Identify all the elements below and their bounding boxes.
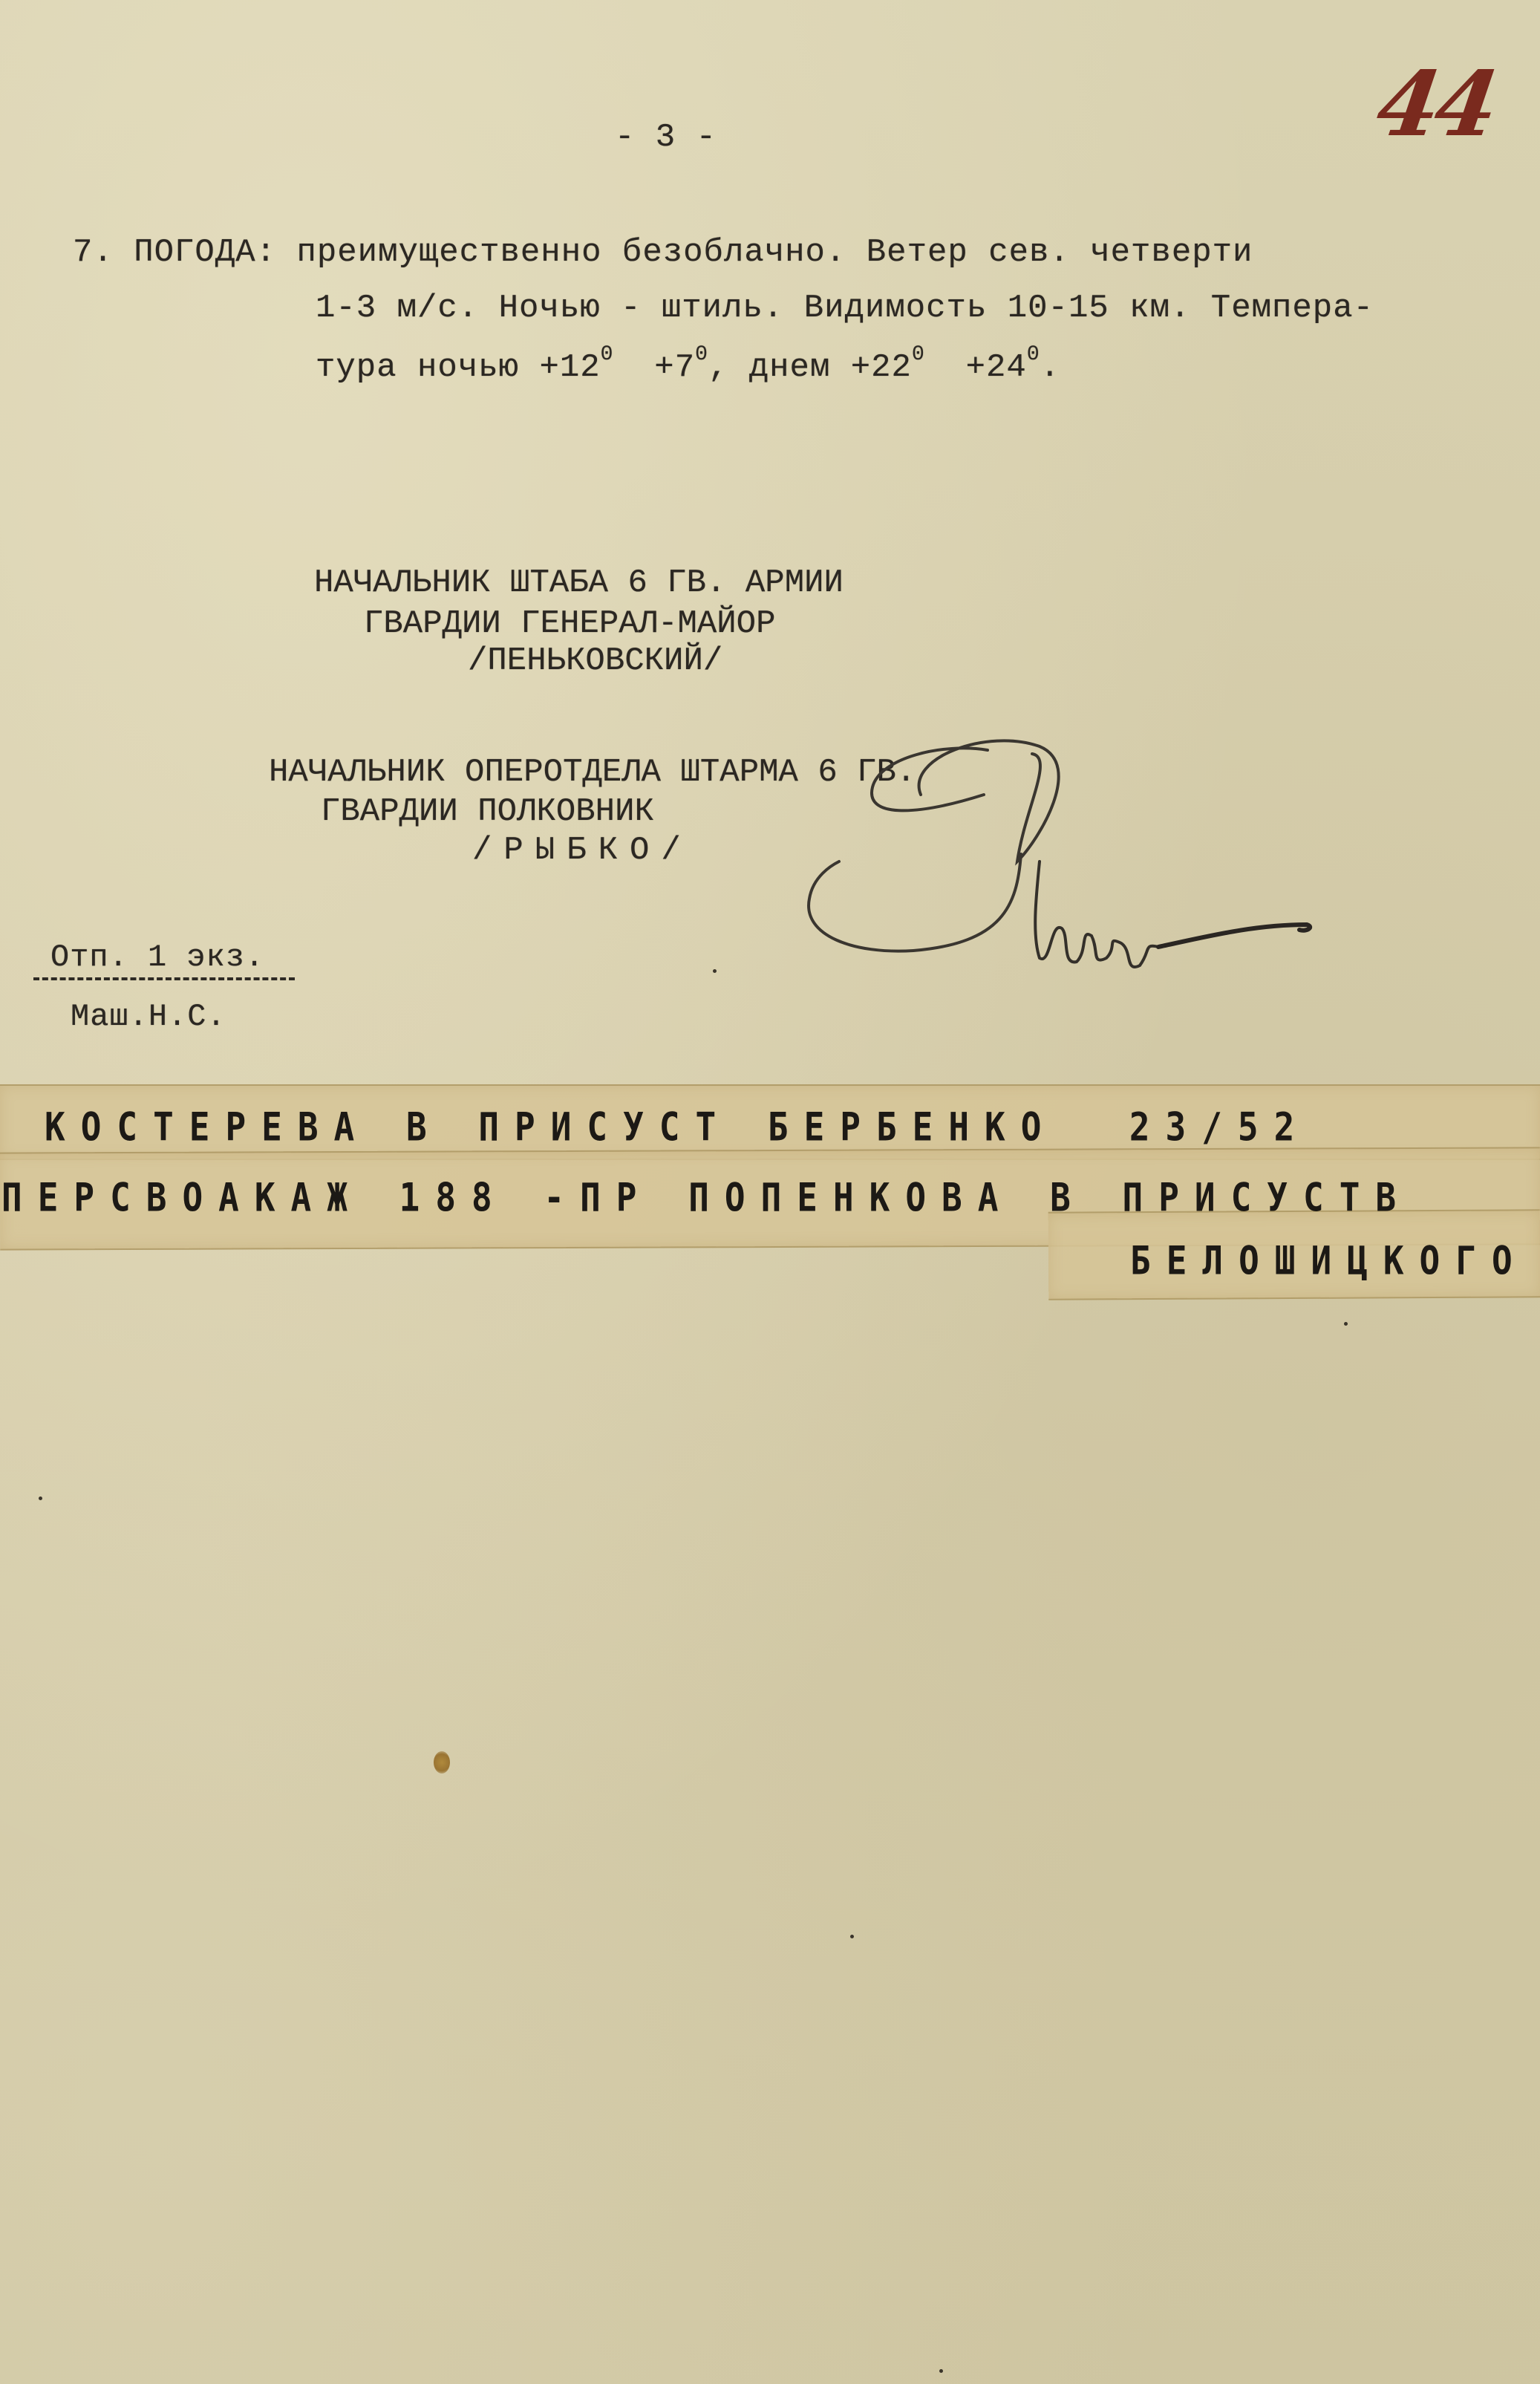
archive-sheet-number: 44 (1371, 52, 1501, 157)
page-number: - 3 - (615, 119, 717, 156)
typist-initials: Маш.Н.С. (71, 999, 226, 1035)
copy-note-underline (33, 977, 295, 980)
paper-speck (713, 969, 717, 973)
weather-night-high: +7 (613, 349, 695, 386)
telegraph-line-3: БЕЛОШИЦКОГО (1130, 1237, 1528, 1283)
degree-mark: 0 (601, 343, 614, 366)
paper-speck (939, 2369, 943, 2373)
degree-mark: 0 (1027, 343, 1040, 366)
telegraph-line-1: КОСТЕРЕВА В ПРИСУСТ БЕРБЕНКО 23/52 (45, 1104, 1310, 1150)
paper-speck (850, 1935, 854, 1938)
signatory-name: /ПЕНЬКОВСКИЙ/ (468, 642, 722, 680)
copy-count-note: Отп. 1 экз. (50, 939, 264, 975)
paper-speck (39, 1496, 42, 1500)
signatory-name: /РЫБКО/ (472, 832, 693, 869)
weather-day-low: , днем +22 (708, 349, 912, 386)
paper-stain (434, 1751, 450, 1774)
signatory-title-line-1: НАЧАЛЬНИК ШТАБА 6 ГВ. АРМИИ (314, 564, 844, 602)
weather-day-high: +24 (925, 349, 1027, 386)
signatory-title-line-2: ГВАРДИИ ГЕНЕРАЛ-МАЙОР (364, 605, 776, 642)
weather-end: . (1040, 349, 1060, 386)
telegraph-line-2: ПЕРСВОАКАЖ 188 -ПР ПОПЕНКОВА В ПРИСУСТВ (1, 1174, 1412, 1220)
degree-mark: 0 (695, 343, 708, 366)
signatory-title-line-2: ГВАРДИИ ПОЛКОВНИК (321, 793, 654, 830)
weather-line-1: 7. ПОГОДА: преимущественно безоблачно. В… (73, 234, 1253, 271)
degree-mark: 0 (912, 343, 925, 366)
weather-line-3: тура ночью +120 +70, днем +220 +240. (316, 343, 1060, 386)
paper-speck (1344, 1322, 1348, 1326)
weather-line-2: 1-3 м/с. Ночью - штиль. Видимость 10-15 … (316, 290, 1374, 327)
handwritten-signature-icon (795, 713, 1314, 995)
document-page: - 3 - 44 7. ПОГОДА: преимущественно безо… (0, 0, 1540, 2384)
weather-night-low: тура ночью +12 (316, 349, 601, 386)
